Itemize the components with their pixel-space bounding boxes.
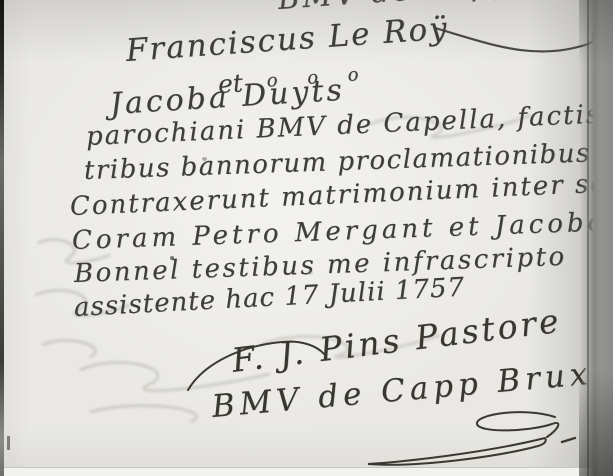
page-edge-left	[0, 0, 4, 476]
book-binding-edge-right	[579, 0, 613, 476]
scan-edge-bottom	[0, 467, 613, 476]
margin-mark	[7, 436, 10, 450]
signature-paraph-flourish	[340, 405, 590, 473]
ink-speck	[170, 256, 174, 260]
ink-speck	[202, 157, 207, 161]
header-signature-flourish	[430, 16, 600, 71]
manuscript-scan: BMV de Capp Brux Franciscus Le Roÿ eto o…	[0, 0, 613, 476]
groom-name: Franciscus Le Roÿ	[125, 13, 450, 66]
paper-stain	[307, 270, 313, 275]
